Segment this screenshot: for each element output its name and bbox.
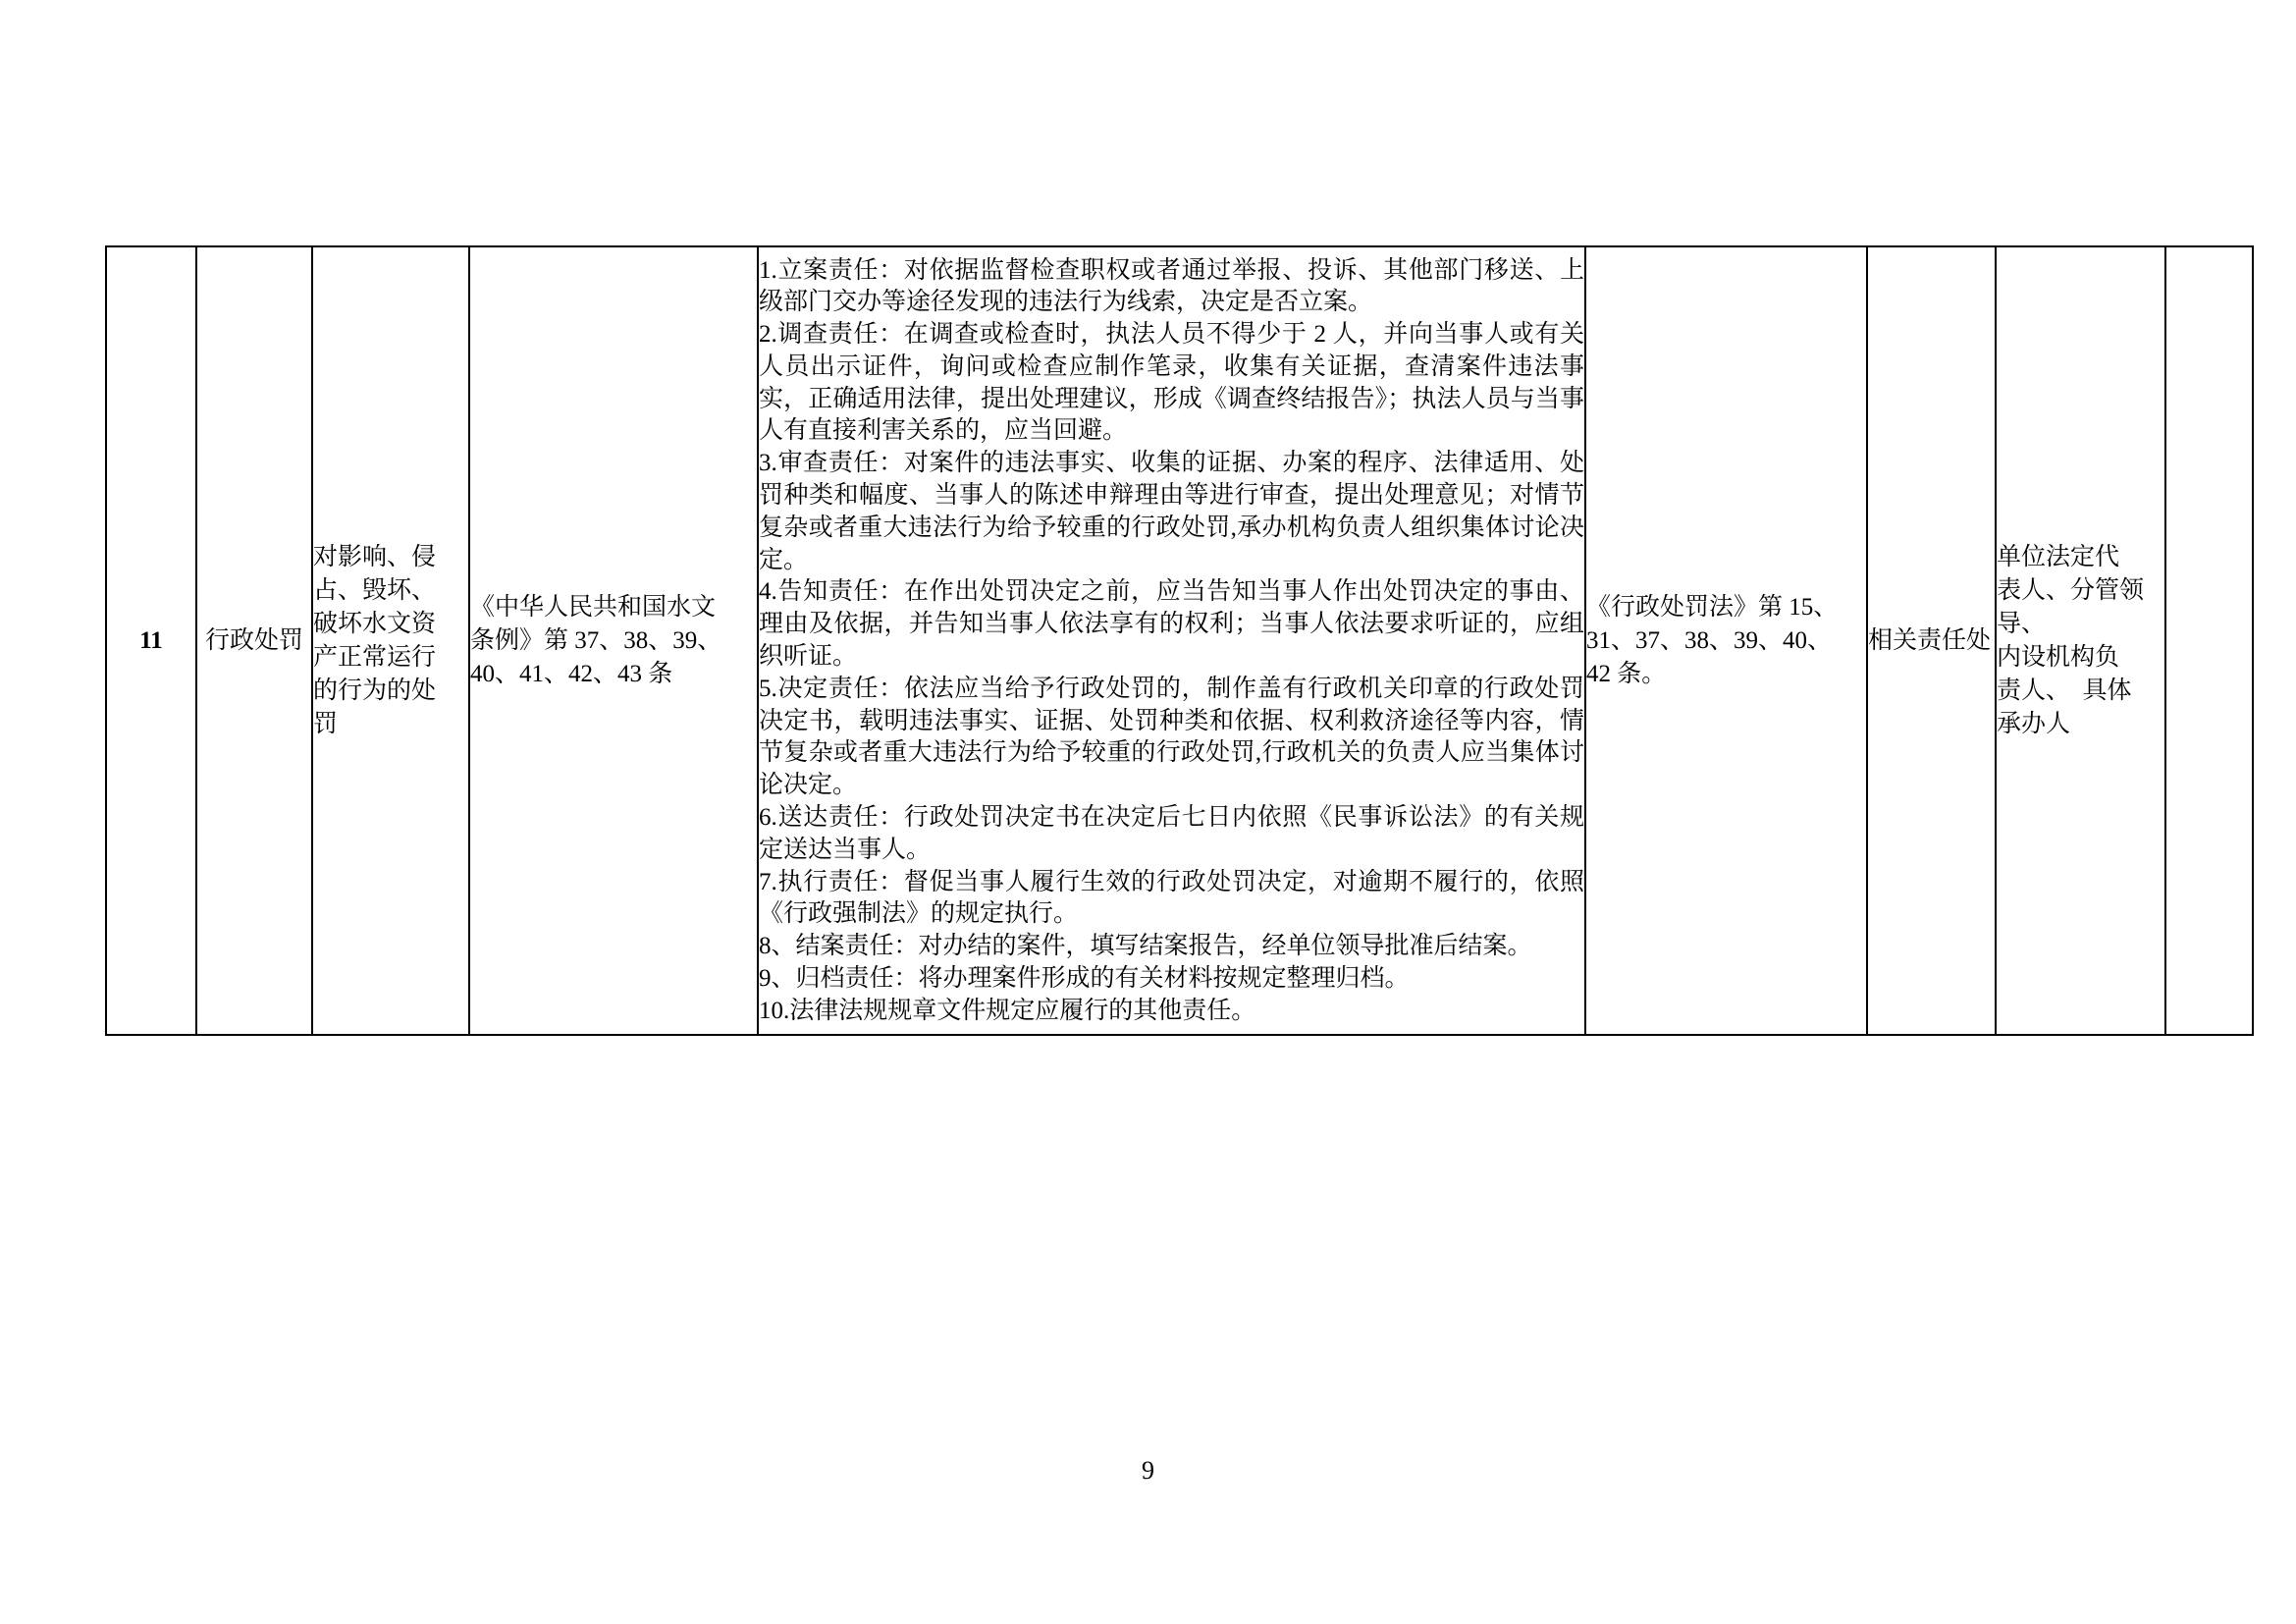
responsible-persons-cell: 单位法定代 表人、分管领 导、 内设机构负 责人、 具体 承办人 [1996, 246, 2165, 1035]
responsibility-item: 9、归档责任：将办理案件形成的有关材料按规定整理归档。 [759, 963, 1584, 996]
responsibility-item: 3.审查责任：对案件的违法事实、收集的证据、办案的程序、法律适用、处罚种类和幅度… [759, 448, 1584, 576]
table-row: 11 行政处罚 对影响、侵 占、毁坏、 破坏水文资 产正常运行 的行为的处 罚 … [106, 246, 2253, 1035]
responsibility-item: 6.送达责任：行政处罚决定书在决定后七日内依照《民事诉讼法》的有关规定送达当事人… [759, 802, 1584, 867]
responsibility-item: 7.执行责任：督促当事人履行生效的行政处罚决定，对逾期不履行的，依照《行政强制法… [759, 867, 1584, 932]
responsibilities-list: 1.立案责任：对依据监督检查职权或者通过举报、投诉、其他部门移送、上级部门交办等… [759, 255, 1584, 1027]
document-table: 11 行政处罚 对影响、侵 占、毁坏、 破坏水文资 产正常运行 的行为的处 罚 … [105, 245, 2254, 1036]
row-number-cell: 11 [106, 246, 196, 1035]
remark-cell [2165, 246, 2253, 1035]
penalty-law-basis-cell: 《行政处罚法》第 15、 31、37、38、39、40、 42 条。 [1585, 246, 1867, 1035]
responsibilities-cell: 1.立案责任：对依据监督检查职权或者通过举报、投诉、其他部门移送、上级部门交办等… [758, 246, 1585, 1035]
page-number: 9 [0, 1456, 2296, 1486]
power-matter-cell: 对影响、侵 占、毁坏、 破坏水文资 产正常运行 的行为的处 罚 [312, 246, 469, 1035]
responsibility-item: 10.法律法规规章文件规定应履行的其他责任。 [759, 996, 1584, 1027]
responsibility-item: 4.告知责任：在作出处罚决定之前，应当告知当事人作出处罚决定的事由、理由及依据，… [759, 576, 1584, 673]
legal-basis-cell: 《中华人民共和国水文 条例》第 37、38、39、 40、41、42、43 条 [469, 246, 758, 1035]
responsibility-item: 5.决定责任：依法应当给予行政处罚的，制作盖有行政机关印章的行政处罚决定书，载明… [759, 674, 1584, 802]
responsibility-item: 8、结案责任：对办结的案件，填写结案报告，经单位领导批准后结案。 [759, 931, 1584, 963]
responsibility-item: 1.立案责任：对依据监督检查职权或者通过举报、投诉、其他部门移送、上级部门交办等… [759, 255, 1584, 320]
power-category-cell: 行政处罚 [196, 246, 312, 1035]
responsibility-item: 2.调查责任：在调查或检查时，执法人员不得少于 2 人，并向当事人或有关人员出示… [759, 319, 1584, 448]
responsible-department-cell: 相关责任处 [1867, 246, 1996, 1035]
